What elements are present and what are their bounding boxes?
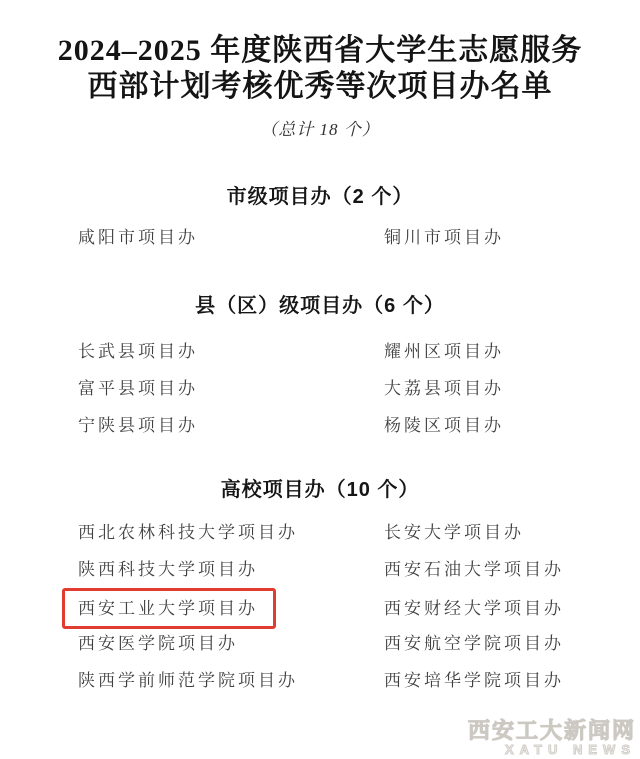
section-county-level-list: 长武县项目办 耀州区项目办 富平县项目办 大荔县项目办 宁陕县项目办 杨陵区项目…: [0, 333, 640, 444]
list-row: 咸阳市项目办 铜川市项目办: [0, 219, 640, 256]
list-item: 宁陕县项目办: [78, 417, 384, 434]
list-item: 长武县项目办: [78, 343, 384, 360]
list-item: 西安航空学院项目办: [384, 635, 640, 652]
list-item: 西安医学院项目办: [78, 635, 384, 652]
list-item-highlighted: 西安工业大学项目办: [78, 588, 384, 629]
list-row: 西安医学院项目办 西安航空学院项目办: [0, 625, 640, 662]
watermark: 西安工大新闻网 XATU NEWS: [468, 720, 636, 756]
section-heading-university-level: 高校项目办（10 个）: [0, 476, 640, 504]
list-row: 长武县项目办 耀州区项目办: [0, 333, 640, 370]
watermark-site-name: 西安工大新闻网: [468, 720, 636, 742]
section-heading-county-level: 县（区）级项目办（6 个）: [0, 292, 640, 320]
list-row: 富平县项目办 大荔县项目办: [0, 370, 640, 407]
list-item: 西安财经大学项目办: [384, 600, 640, 617]
list-item: 耀州区项目办: [384, 343, 640, 360]
list-item: 铜川市项目办: [384, 229, 640, 246]
list-item: 西北农林科技大学项目办: [78, 524, 384, 541]
list-item: 杨陵区项目办: [384, 417, 640, 434]
list-item: 大荔县项目办: [384, 380, 640, 397]
list-item: 陕西学前师范学院项目办: [78, 672, 384, 689]
list-item: 长安大学项目办: [384, 524, 640, 541]
list-row: 西安工业大学项目办 西安财经大学项目办: [0, 588, 640, 625]
list-row: 陕西科技大学项目办 西安石油大学项目办: [0, 551, 640, 588]
section-university-level-list: 西北农林科技大学项目办 长安大学项目办 陕西科技大学项目办 西安石油大学项目办 …: [0, 514, 640, 699]
list-item: 咸阳市项目办: [78, 229, 384, 246]
document-subtitle-total-count: （总计 18 个）: [0, 117, 640, 143]
list-item: 西安石油大学项目办: [384, 561, 640, 578]
section-city-level-list: 咸阳市项目办 铜川市项目办: [0, 219, 640, 256]
watermark-site-name-en: XATU NEWS: [468, 743, 636, 756]
document-title-line-1: 2024–2025 年度陕西省大学生志愿服务: [0, 33, 640, 69]
list-item: 陕西科技大学项目办: [78, 561, 384, 578]
list-item: 富平县项目办: [78, 380, 384, 397]
document-page: 2024–2025 年度陕西省大学生志愿服务 西部计划考核优秀等次项目办名单 （…: [0, 0, 640, 759]
document-title-line-2: 西部计划考核优秀等次项目办名单: [0, 69, 640, 105]
list-row: 陕西学前师范学院项目办 西安培华学院项目办: [0, 662, 640, 699]
list-row: 宁陕县项目办 杨陵区项目办: [0, 407, 640, 444]
highlight-box: 西安工业大学项目办: [62, 588, 276, 629]
list-row: 西北农林科技大学项目办 长安大学项目办: [0, 514, 640, 551]
list-item: 西安培华学院项目办: [384, 672, 640, 689]
section-heading-city-level: 市级项目办（2 个）: [0, 183, 640, 211]
